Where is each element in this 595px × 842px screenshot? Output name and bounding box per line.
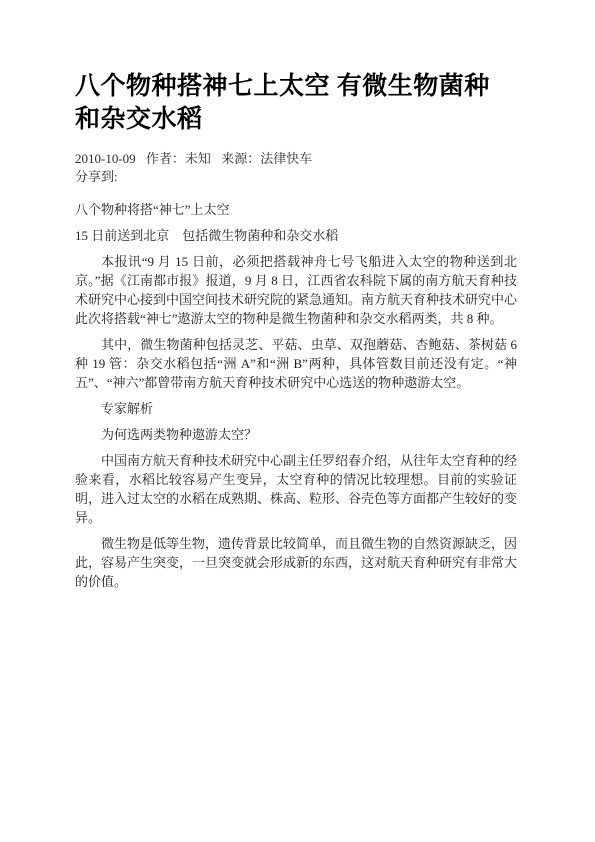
subhead-deadline: 15 日前送到北京 包括微生物菌种和杂交水稻 — [75, 226, 517, 245]
paragraph-rice-mutation: 中国南方航天育种技术研究中心副主任罗绍春介绍，从往年太空育种的经验来看，水稻比较… — [75, 451, 517, 527]
article-meta: 2010-10-09 作者：未知 来源：法律快车 分享到: — [75, 150, 517, 186]
paragraph-report: 本报讯“9 月 15 日前，必须把搭载神舟七号飞船进入太空的物种送到北京。”据《… — [75, 252, 517, 328]
article-title: 八个物种搭神七上太空 有微生物菌种 和杂交水稻 — [75, 70, 517, 136]
meta-line: 2010-10-09 作者：未知 来源：法律快车 — [75, 150, 517, 168]
share-label: 分享到: — [75, 168, 517, 186]
article-title-line2: 和杂交水稻 — [75, 103, 517, 136]
section-heading-expert-analysis: 专家解析 — [75, 399, 517, 418]
paragraph-species-list: 其中，微生物菌种包括灵芝、平菇、虫草、双孢蘑菇、杏鲍菇、茶树菇 6 种 19 管… — [75, 335, 517, 392]
article-title-line1: 八个物种搭神七上太空 有微生物菌种 — [75, 70, 517, 103]
subhead-species: 八个物种将搭“神七”上太空 — [75, 200, 517, 219]
publish-date: 2010-10-09 — [75, 151, 136, 166]
document-page: 八个物种搭神七上太空 有微生物菌种 和杂交水稻 2010-10-09 作者：未知… — [0, 0, 595, 842]
author-label: 作者：未知 — [146, 151, 211, 166]
paragraph-microbe-value: 微生物是低等生物，遗传背景比较简单，而且微生物的自然资源缺乏，因此，容易产生突变… — [75, 534, 517, 591]
question-why-two-species: 为何选两类物种遨游太空？ — [75, 425, 517, 444]
source-label: 来源：法律快车 — [221, 151, 312, 166]
